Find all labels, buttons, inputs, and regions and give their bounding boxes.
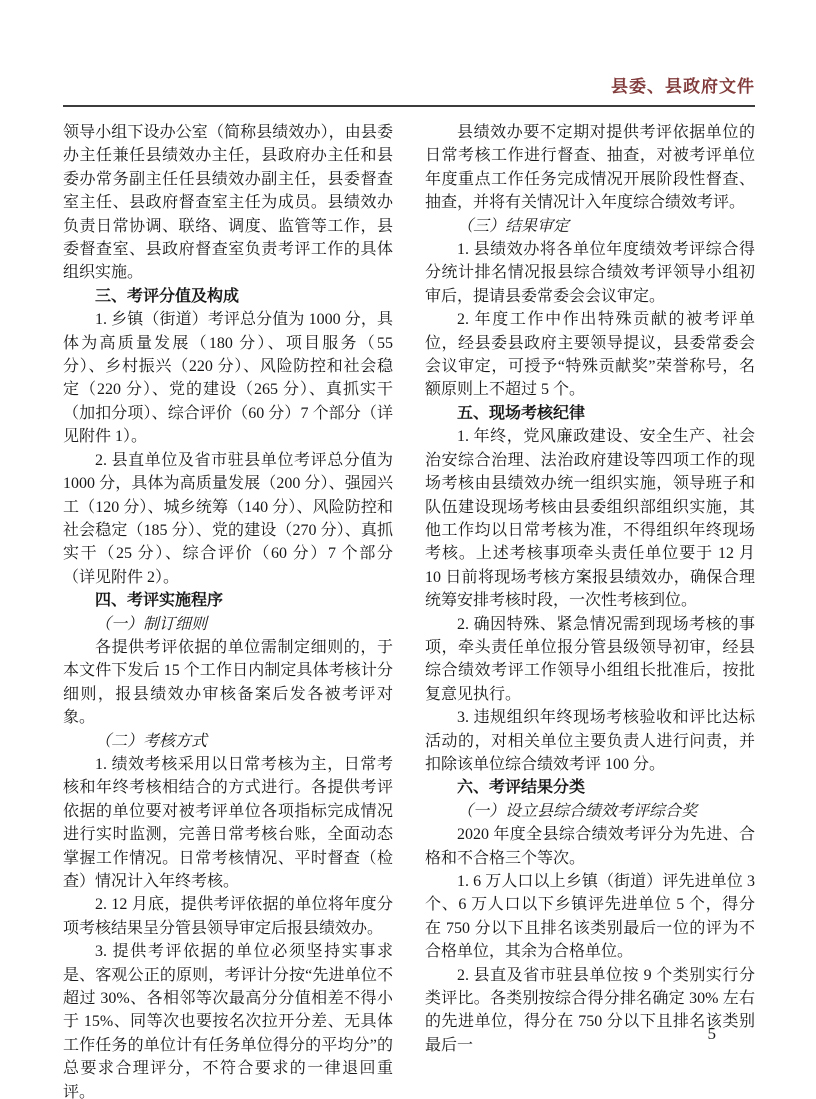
- header-title: 县委、县政府文件: [611, 77, 755, 96]
- document-header-banner: 县委、县政府文件: [63, 72, 755, 107]
- left-column: 领导小组下设办公室（简称县绩效办），由县委办主任兼任县绩效办主任，县政府办主任和…: [63, 121, 393, 1099]
- paragraph: 1. 年终，党风廉政建设、安全生产、社会治安综合治理、法治政府建设等四项工作的现…: [425, 425, 755, 612]
- paragraph: 1. 县绩效办将各单位年度绩效考评综合得分统计排名情况报县综合绩效考评领导小组初…: [425, 238, 755, 308]
- paragraph: 2. 12 月底，提供考评依据的单位将年度分项考核结果呈分管县领导审定后报县绩效…: [63, 893, 393, 940]
- sub-heading: （一）设立县综合绩效考评综合奖: [425, 800, 755, 823]
- right-column: 县绩效办要不定期对提供考评依据单位的日常考核工作进行督查、抽查，对被考评单位年度…: [425, 121, 755, 1099]
- two-column-body: 领导小组下设办公室（简称县绩效办），由县委办主任兼任县绩效办主任，县政府办主任和…: [63, 121, 755, 1099]
- section-heading: 四、考评实施程序: [63, 589, 393, 612]
- paragraph: 各提供考评依据的单位需制定细则的，于本文件下发后 15 个工作日内制定具体考核计…: [63, 636, 393, 730]
- paragraph: 1. 乡镇（街道）考评总分值为 1000 分，具体为高质量发展（180 分）、项…: [63, 308, 393, 448]
- paragraph: 2. 确因特殊、紧急情况需到现场考核的事项，牵头责任单位报分管县级领导初审，经县…: [425, 613, 755, 707]
- section-heading: 五、现场考核纪律: [425, 402, 755, 425]
- page-number: 5: [708, 1024, 717, 1044]
- paragraph: 领导小组下设办公室（简称县绩效办），由县委办主任兼任县绩效办主任，县政府办主任和…: [63, 121, 393, 285]
- section-heading: 六、考评结果分类: [425, 776, 755, 799]
- paragraph: 2020 年度全县综合绩效考评分为先进、合格和不合格三个等次。: [425, 823, 755, 870]
- sub-heading: （二）考核方式: [63, 730, 393, 753]
- paragraph: 2. 年度工作中作出特殊贡献的被考评单位，经县委县政府主要领导提议，县委常委会会…: [425, 308, 755, 402]
- paragraph: 2. 县直及省市驻县单位按 9 个类别实行分类评比。各类别按综合得分排名确定 3…: [425, 964, 755, 1058]
- paragraph: 1. 6 万人口以上乡镇（街道）评先进单位 3 个、6 万人口以下乡镇评先进单位…: [425, 870, 755, 964]
- paragraph: 3. 提供考评依据的单位必须坚持实事求是、客观公正的原则，考评计分按“先进单位不…: [63, 940, 393, 1099]
- document-page: 县委、县政府文件 领导小组下设办公室（简称县绩效办），由县委办主任兼任县绩效办主…: [0, 0, 816, 1099]
- paragraph: 1. 绩效考核采用以日常考核为主，日常考核和年终考核相结合的方式进行。各提供考评…: [63, 753, 393, 893]
- sub-heading: （一）制订细则: [63, 613, 393, 636]
- paragraph: 县绩效办要不定期对提供考评依据单位的日常考核工作进行督查、抽查，对被考评单位年度…: [425, 121, 755, 215]
- paragraph: 3. 违规组织年终现场考核验收和评比达标活动的，对相关单位主要负责人进行问责，并…: [425, 706, 755, 776]
- sub-heading: （三）结果审定: [425, 215, 755, 238]
- paragraph: 2. 县直单位及省市驻县单位考评总分值为 1000 分，具体为高质量发展（200…: [63, 449, 393, 589]
- section-heading: 三、考评分值及构成: [63, 285, 393, 308]
